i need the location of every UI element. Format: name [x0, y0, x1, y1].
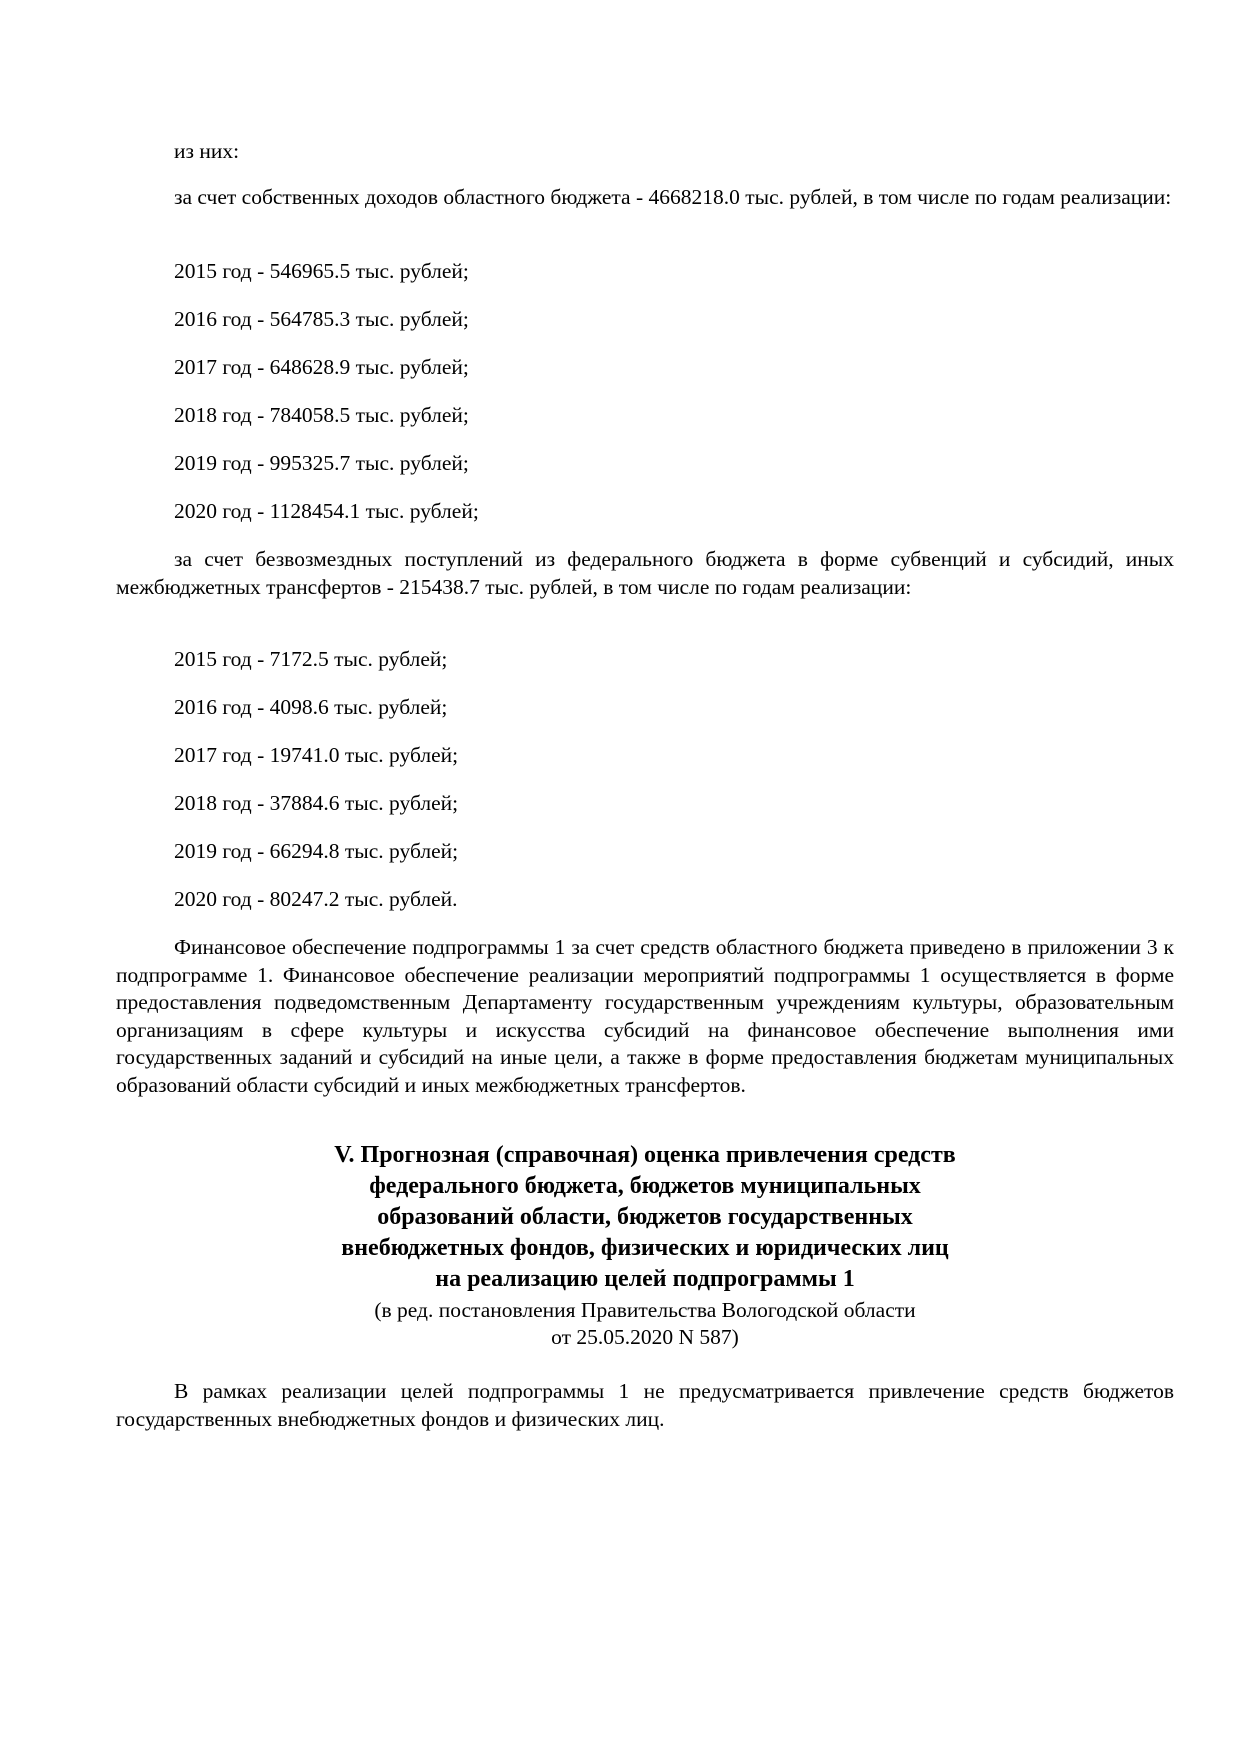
closing-paragraph: В рамках реализации целей подпрограммы 1… — [116, 1378, 1174, 1433]
federal-item-2015: 2015 год - 7172.5 тыс. рублей; — [174, 646, 447, 674]
amendment-note-line: от 25.05.2020 N 587) — [116, 1324, 1174, 1351]
own-revenue-item-2019: 2019 год - 995325.7 тыс. рублей; — [174, 450, 469, 478]
federal-item-2018: 2018 год - 37884.6 тыс. рублей; — [174, 790, 458, 818]
own-revenue-item-2016: 2016 год - 564785.3 тыс. рублей; — [174, 306, 469, 334]
own-revenue-item-2018: 2018 год - 784058.5 тыс. рублей; — [174, 402, 469, 430]
section-heading-line: V. Прогнозная (справочная) оценка привле… — [116, 1140, 1174, 1171]
federal-item-2016: 2016 год - 4098.6 тыс. рублей; — [174, 694, 447, 722]
own-revenue-paragraph: за счет собственных доходов областного б… — [116, 184, 1174, 212]
section-heading-line: федерального бюджета, бюджетов муниципал… — [116, 1171, 1174, 1202]
section-heading-line: на реализацию целей подпрограммы 1 — [116, 1264, 1174, 1295]
financing-paragraph: Финансовое обеспечение подпрограммы 1 за… — [116, 934, 1174, 1099]
federal-item-2020: 2020 год - 80247.2 тыс. рублей. — [174, 886, 458, 914]
federal-item-2017: 2017 год - 19741.0 тыс. рублей; — [174, 742, 458, 770]
own-revenue-item-2020: 2020 год - 1128454.1 тыс. рублей; — [174, 498, 479, 526]
own-revenue-item-2017: 2017 год - 648628.9 тыс. рублей; — [174, 354, 469, 382]
federal-transfers-paragraph: за счет безвозмездных поступлений из фед… — [116, 546, 1174, 601]
section-heading-line: образований области, бюджетов государств… — [116, 1202, 1174, 1233]
amendment-note: (в ред. постановления Правительства Воло… — [116, 1297, 1174, 1351]
section-heading-line: внебюджетных фондов, физических и юридич… — [116, 1233, 1174, 1264]
section-heading: V. Прогнозная (справочная) оценка привле… — [116, 1140, 1174, 1295]
own-revenue-item-2015: 2015 год - 546965.5 тыс. рублей; — [174, 258, 469, 286]
federal-item-2019: 2019 год - 66294.8 тыс. рублей; — [174, 838, 458, 866]
intro-text: из них: — [174, 138, 239, 166]
amendment-note-line: (в ред. постановления Правительства Воло… — [116, 1297, 1174, 1324]
